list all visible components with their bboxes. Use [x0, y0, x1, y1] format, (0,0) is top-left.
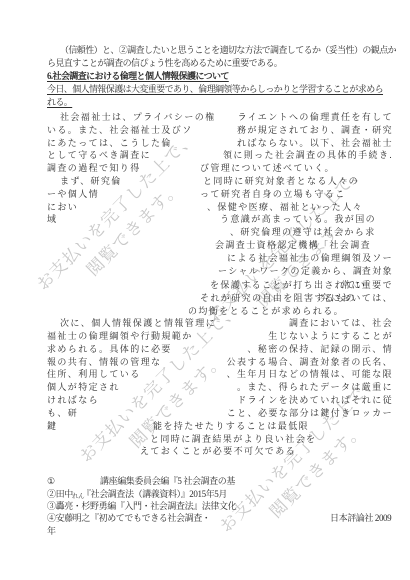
text-fragment: として守るべき調査に [47, 150, 151, 161]
text-fragment: 求められる。具体的に必要 [47, 344, 172, 355]
text-fragment: ③轟亮・杉野勇編『入門・社会調査法』法律文化 [47, 501, 236, 512]
text-fragment: えておくことが必要不可欠である [140, 446, 296, 457]
text-fragment: 6.社会調査における倫理と個人情報保護について [47, 71, 229, 82]
text-fragment: 公表する場合、調査対象者の氏名、 [227, 357, 393, 368]
reference-item: ③轟亮・杉野勇編『入門・社会調査法』法律文化 [0, 501, 410, 513]
text-fragment: 鍵 [47, 421, 57, 432]
text-line: による社会福祉士の倫理綱領及ソー [0, 253, 410, 265]
text-line: 求められる。具体的に必要、秘密の保持、記録の開示、情 [0, 344, 410, 356]
text-fragment: 報の共有、情報の管理な [47, 357, 161, 368]
text-line: 、研究倫理の遵守は社会から求 [0, 227, 410, 239]
text-fragment: 、秘密の保持、記録の開示、情 [247, 344, 393, 355]
text-fragment: 務が規定されており、調査・研究 [237, 125, 393, 136]
text-fragment: 会調査士資格認定機構「社会調査 [215, 240, 371, 251]
text-fragment: 、生年月日などの情報は、可能な限 [227, 369, 393, 380]
text-fragment: いる。また、社会福祉士及びソ [47, 125, 193, 136]
text-line: にあたっては、こうした倫ればならない。以下、社会福祉士 [0, 138, 410, 150]
text-fragment: 『社会調査法（講義資料）』2015年5月 [82, 489, 227, 500]
text-fragment: 査対象 [362, 266, 393, 277]
text-fragment: 。また、得られたデータは厳重に [237, 382, 393, 393]
text-fragment: ① [47, 476, 55, 487]
text-line: として守るべき調査に領に則った社会調査の具体的手続き. [0, 150, 410, 162]
text-fragment: 域 [47, 214, 57, 225]
text-fragment: れる。 [47, 97, 72, 108]
text-fragment: び管理について述べていく。 [200, 163, 335, 174]
text-fragment: におい [47, 202, 78, 213]
text-fragment: ④安藤明之『初めてでもできる社会調査・ [47, 513, 210, 524]
document-page: お支払いを完了した上で、閲覧できます。お支払いを完了した上で、閲覧できます。お支… [0, 0, 410, 580]
text-layer: （信頼性）と、②調査したいと思うことを適切な方法で調査してるか（妥当性）の観点か… [0, 0, 410, 580]
text-fragment: にあたっては、こうした倫 [47, 138, 172, 149]
text-line: 住所、利用している、生年月日などの情報は、可能な限 [0, 369, 410, 381]
text-fragment: と同時に研究対象者となる人々の [203, 176, 359, 187]
text-fragment: 日本評論社 2009 [330, 513, 391, 524]
text-fragment: （信頼性）と、②調査したいと思うことを適切な方法で調査してるか（妥当性）の観点か [60, 45, 396, 56]
text-line: 個人が特定され。また、得られたデータは厳重に [0, 382, 410, 394]
text-line: 調査の過程で知り得び管理について述べていく。 [0, 163, 410, 175]
text-fragment: と同時に調査結果がより良い社会を [150, 434, 316, 445]
text-fragment: ればならない。以下、社会福祉士 [237, 138, 393, 149]
text-line: ければならドラインを決めていればそれに従 [0, 395, 410, 407]
text-line: を保護することが打ち出されてい常に重要で [0, 280, 410, 292]
text-fragment: こと、必要な部分は鍵付きロッカー [227, 408, 393, 419]
text-fragment: ーや個人情 [47, 189, 99, 200]
text-fragment: ②田中 [47, 489, 73, 500]
reference-item: 年 [0, 526, 410, 538]
section-heading: 6.社会調査における倫理と個人情報保護について [0, 71, 410, 83]
text-fragment: による社会福祉士の倫理綱領及 [227, 253, 373, 264]
text-fragment: 住所、利用している [47, 369, 141, 380]
text-line: ーシャルワークの定義から、調査対象 [0, 266, 410, 278]
text-line: それが研究の自由を阻害するもの究においては、 [0, 293, 410, 305]
text-fragment: 、研究倫理の遵守は社会から求 [230, 227, 376, 238]
text-fragment: 領に則った社会調査の具体的手続き. [223, 150, 393, 161]
reference-item: ②田中れん『社会調査法（講義資料）』2015年5月 [0, 489, 410, 501]
text-fragment: 生じないようにすることが [268, 331, 393, 342]
text-fragment: まず、研究倫 [60, 176, 122, 187]
text-line: 会調査士資格認定機構「社会調査 [0, 240, 410, 252]
text-line: におい、保健や医療、福祉といった人々 [0, 202, 410, 214]
text-line: まず、研究倫と同時に研究対象者となる人々の [0, 176, 410, 188]
text-fragment: う意識が高まっている。我が国の [220, 214, 376, 225]
text-fragment: って研究者自身の立場も守るこ [200, 189, 346, 200]
text-fragment: 講座編集委員会編『5 社会調査の基 [100, 476, 235, 487]
text-fragment: ら見直すことが調査の信ぴょう性を高めるために重要である。 [47, 58, 282, 69]
text-line: 域う意識が高まっている。我が国の [0, 214, 410, 226]
text-line: と同時に調査結果がより良い社会を [0, 434, 410, 446]
text-fragment: 調査においては、社会 [289, 318, 393, 329]
text-fragment: 究においては、 [320, 293, 393, 304]
text-fragment: ーシャルワークの定義から、調 [218, 266, 363, 277]
text-fragment: ソー [372, 253, 393, 264]
text-line: も、研こと、必要な部分は鍵付きロッカー [0, 408, 410, 420]
text-line: 鍵能を持たせたりすることは最低限 [0, 421, 410, 433]
text-line: ら見直すことが調査の信ぴょう性を高めるために重要である。 [0, 58, 410, 70]
text-fragment: 能を持たせたりすることは最低限 [153, 421, 309, 432]
text-line: 社会福祉士は、プライバシーの権ライエントへの倫理責任を有して [0, 112, 410, 124]
text-line: ーや個人情って研究者自身の立場も守るこ [0, 189, 410, 201]
text-fragment: 調査の過程で知り得 [47, 163, 141, 174]
text-line: いる。また、社会福祉士及びソ務が規定されており、調査・研究 [0, 125, 410, 137]
text-line: の均衡をとることが求められる。 [0, 306, 410, 318]
text-fragment: ライエントへの倫理責任を有して [238, 112, 393, 123]
text-fragment: ければなら [47, 395, 99, 406]
text-fragment: 福祉士の倫理綱領や行動規範か [47, 331, 193, 342]
text-line: 今日、個人情報保護は大変重要であり、倫理綱領等からしっかりと学習することが求めら [0, 84, 410, 96]
text-fragment: ドラインを決めていればそれに従 [237, 395, 393, 406]
text-fragment: の均衡をとることが求められる。 [188, 306, 344, 317]
text-line: 福祉士の倫理綱領や行動規範か生じないようにすることが [0, 331, 410, 343]
text-fragment: 、保健や医療、福祉といった人々 [207, 202, 363, 213]
text-line: えておくことが必要不可欠である [0, 446, 410, 458]
reference-item: ①講座編集委員会編『5 社会調査の基 [0, 476, 410, 488]
text-line: れる。 [0, 97, 410, 109]
text-line: 次に、個人情報保護と情報管理に調査においては、社会 [0, 318, 410, 330]
text-fragment: 次に、個人情報保護と情報管理に [60, 318, 216, 329]
text-fragment: 年 [47, 526, 56, 537]
reference-item: ④安藤明之『初めてでもできる社会調査・日本評論社 2009 [0, 513, 410, 525]
text-fragment: 常に重要で [341, 280, 393, 291]
text-fragment: 今日、個人情報保護は大変重要であり、倫理綱領等からしっかりと学習することが求めら [47, 84, 383, 95]
text-line: （信頼性）と、②調査したいと思うことを適切な方法で調査してるか（妥当性）の観点か [0, 45, 410, 57]
text-fragment: 社会福祉士は、プライバシーの権 [60, 112, 216, 123]
text-line: 報の共有、情報の管理な公表する場合、調査対象者の氏名、 [0, 357, 410, 369]
text-fragment: 個人が特定され [47, 382, 120, 393]
text-fragment: も、研 [47, 408, 78, 419]
